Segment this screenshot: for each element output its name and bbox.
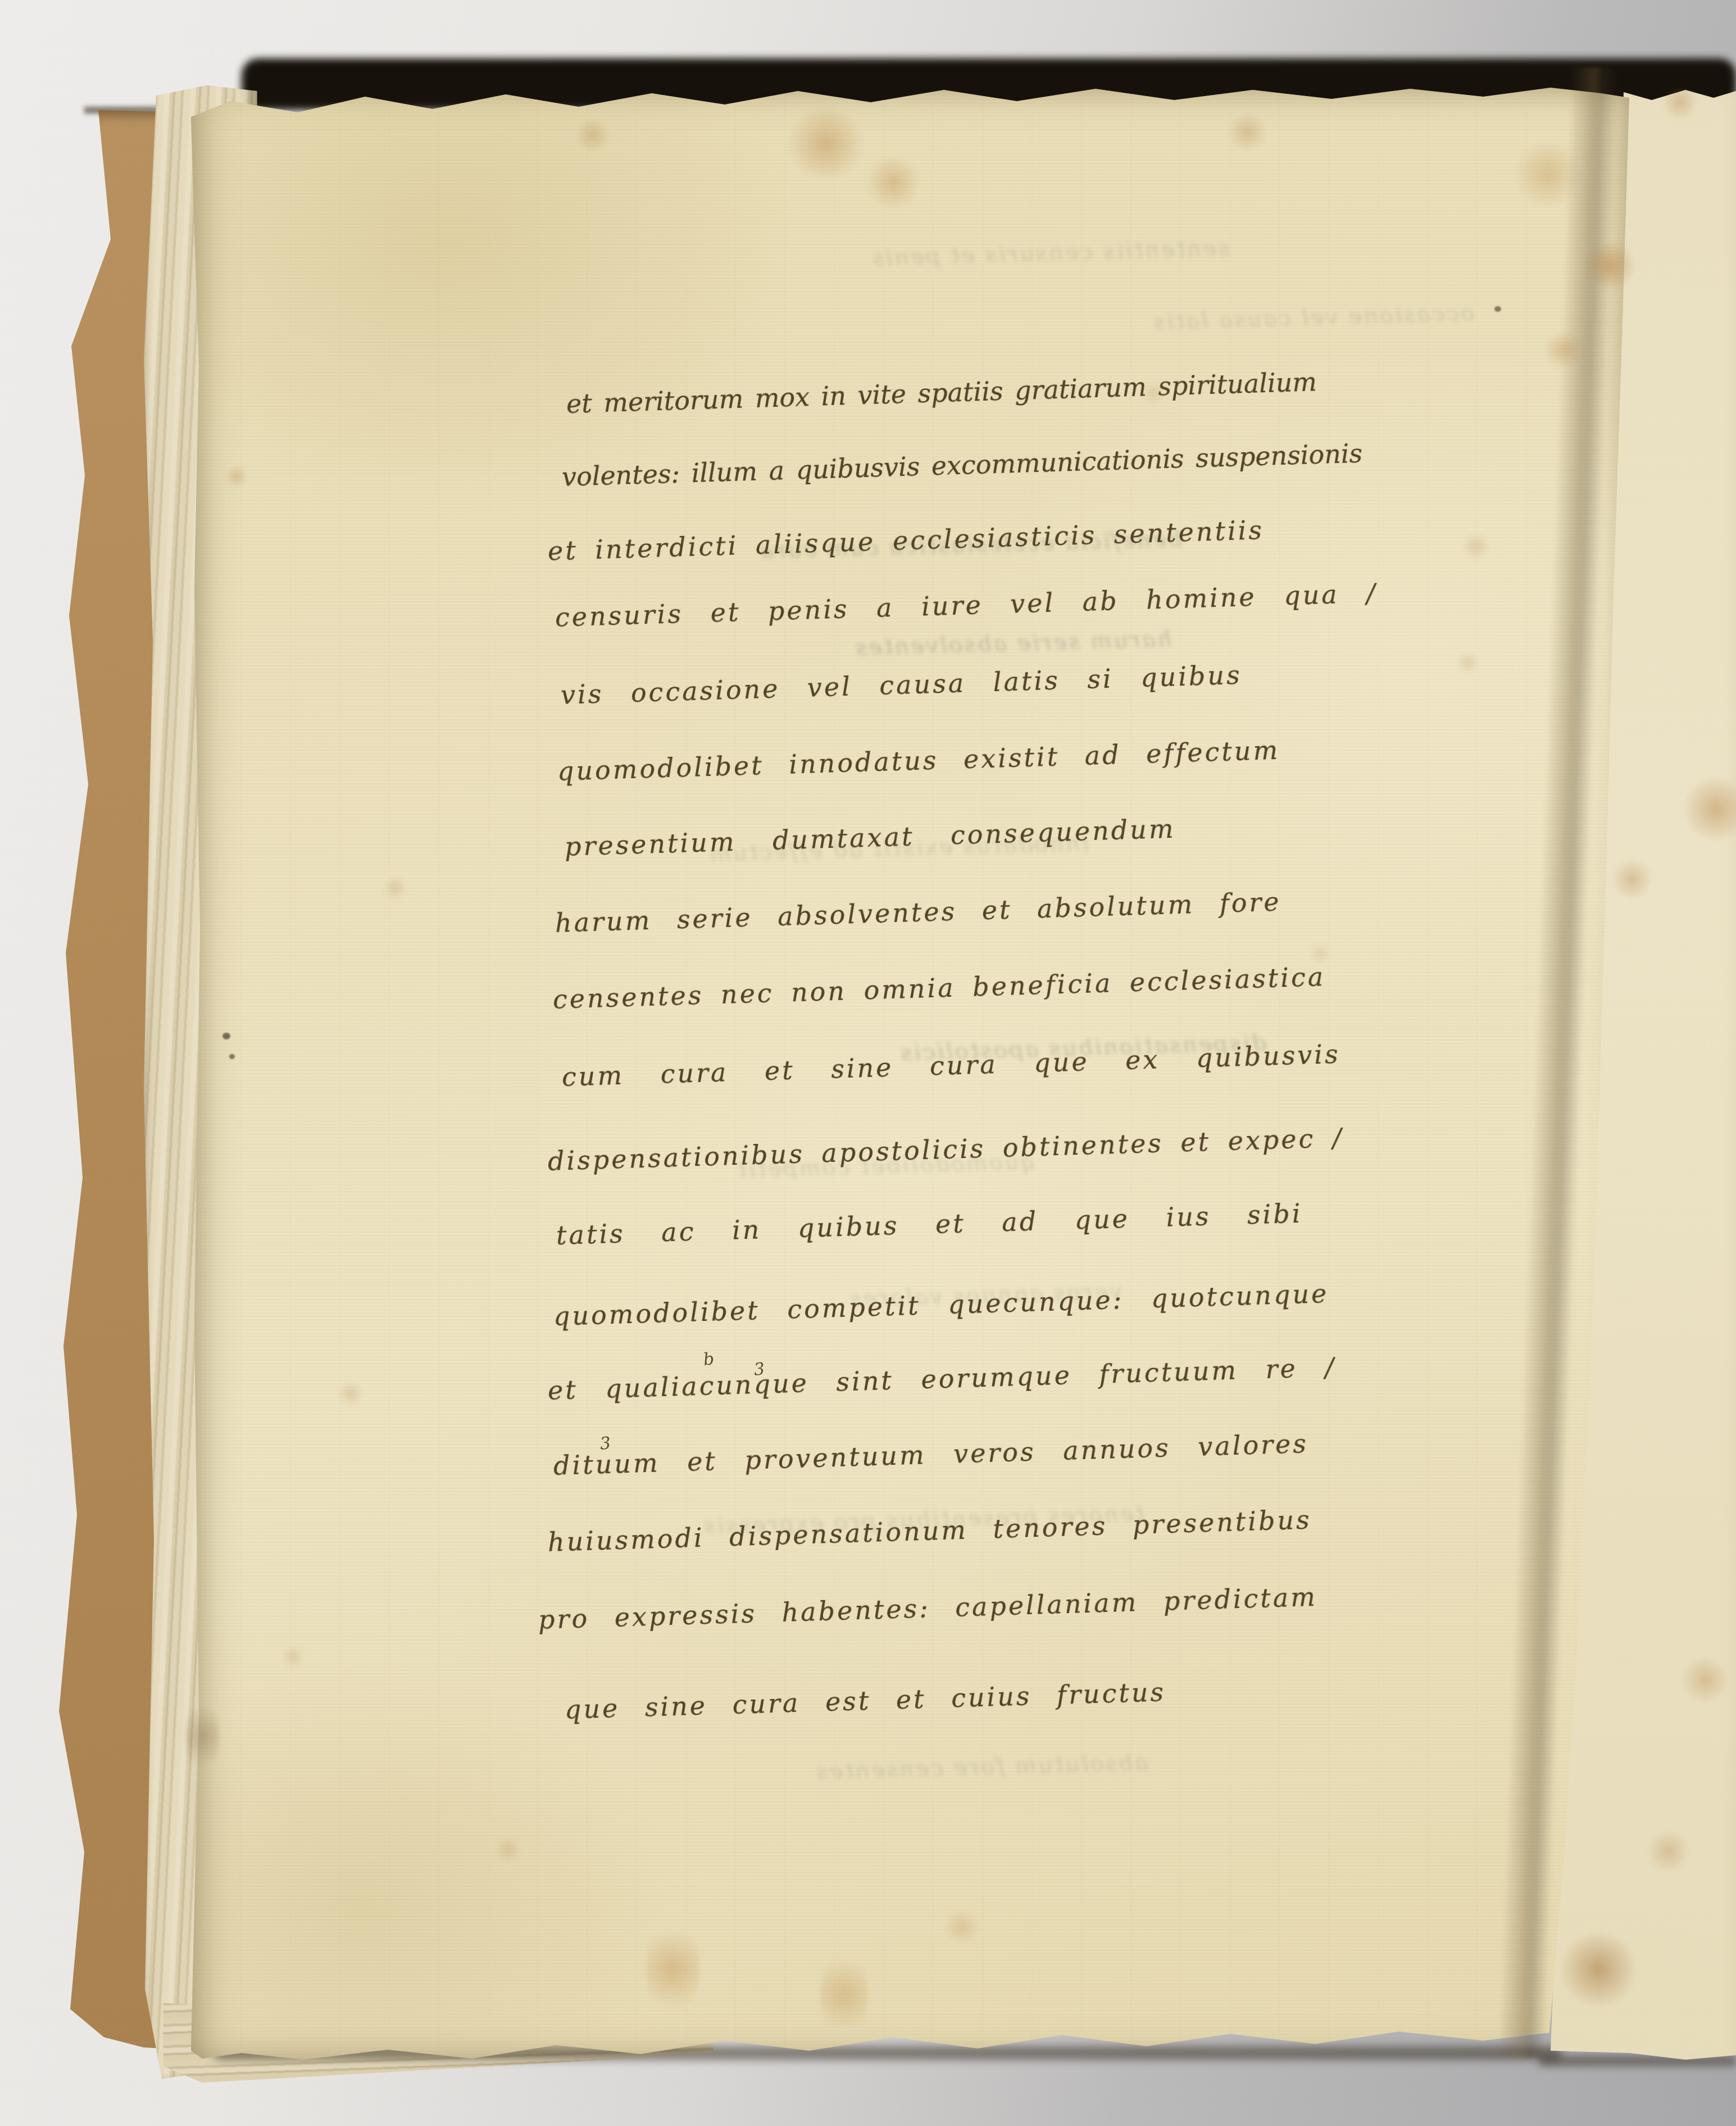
superscript-mark: 3 bbox=[753, 1359, 766, 1380]
scanned-manuscript: sententiis censuris et penis occasione v… bbox=[0, 0, 1736, 2126]
superscript-mark: 3 bbox=[599, 1433, 612, 1454]
superscript-mark: b bbox=[702, 1349, 715, 1370]
